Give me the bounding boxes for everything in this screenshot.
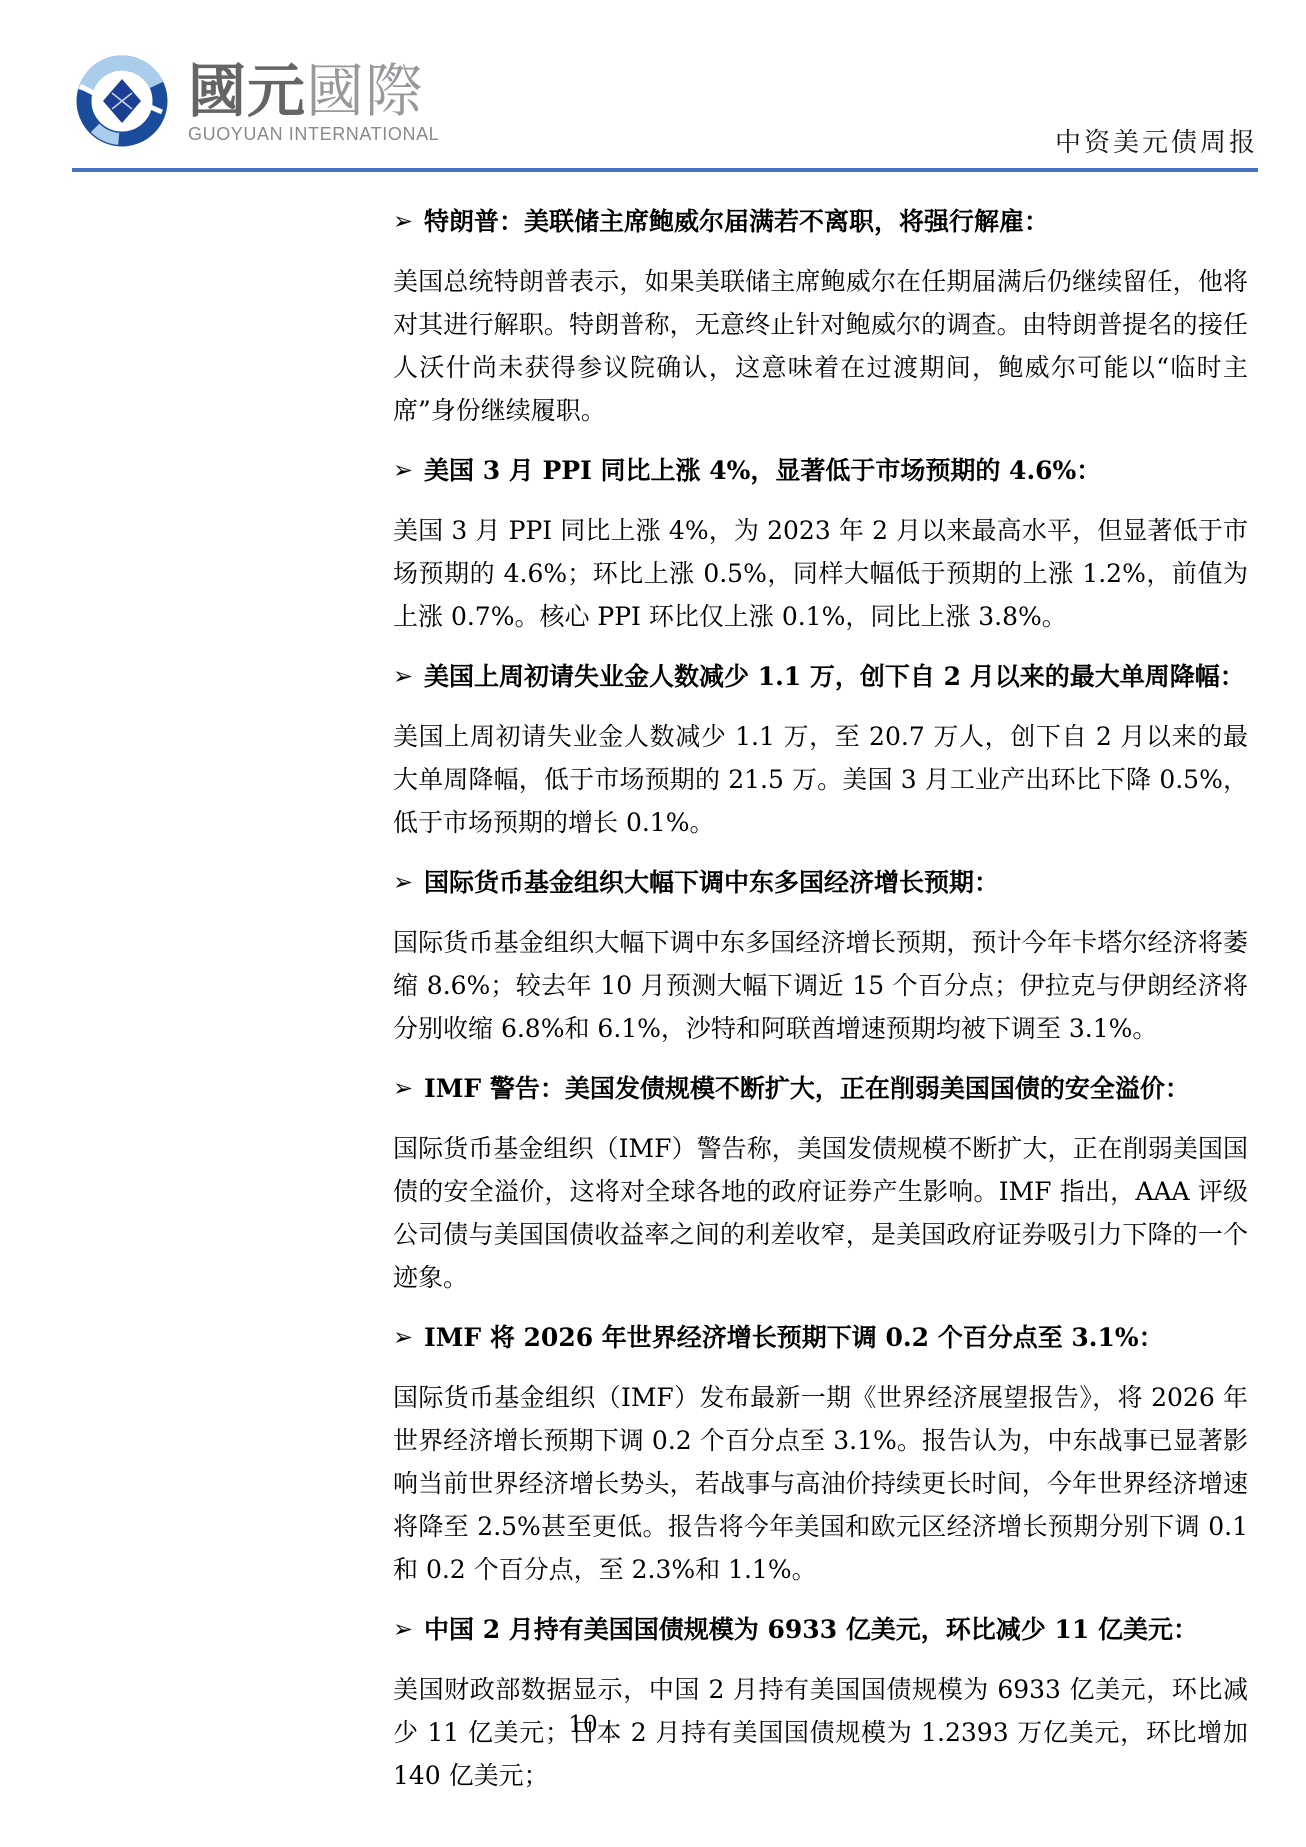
report-title: 中资美元债周报 <box>1055 127 1258 159</box>
arrow-bullet-icon: ➢ <box>393 1316 424 1359</box>
section-headline: ➢ IMF 警告：美国发债规模不断扩大，正在削弱美国国债的安全溢价： <box>393 1067 1248 1110</box>
section-headline: ➢ 国际货币基金组织大幅下调中东多国经济增长预期： <box>393 861 1248 904</box>
headline-text: 美国上周初请失业金人数减少 1.1 万，创下自 2 月以来的最大单周降幅： <box>424 655 1248 698</box>
news-section: ➢ 美国上周初请失业金人数减少 1.1 万，创下自 2 月以来的最大单周降幅： … <box>393 655 1248 844</box>
section-headline: ➢ 中国 2 月持有美国国债规模为 6933 亿美元，环比减少 11 亿美元： <box>393 1608 1248 1651</box>
header-rule <box>72 168 1258 172</box>
section-paragraph: 美国 3 月 PPI 同比上涨 4%，为 2023 年 2 月以来最高水平，但显… <box>393 509 1248 638</box>
news-section: ➢ 国际货币基金组织大幅下调中东多国经济增长预期： 国际货币基金组织大幅下调中东… <box>393 861 1248 1050</box>
page-number: 10 <box>553 1710 613 1740</box>
guoyuan-logo: 國元國際 GUOYUAN INTERNATIONAL <box>72 48 439 148</box>
logo-zh-secondary: 國際 <box>306 57 424 125</box>
guoyuan-emblem-icon <box>72 48 172 148</box>
arrow-bullet-icon: ➢ <box>393 200 424 243</box>
logo-en-name: GUOYUAN INTERNATIONAL <box>188 124 439 144</box>
arrow-bullet-icon: ➢ <box>393 861 424 904</box>
arrow-bullet-icon: ➢ <box>393 1608 424 1651</box>
news-content: ➢ 特朗普：美联储主席鲍威尔届满若不离职，将强行解雇： 美国总统特朗普表示，如果… <box>393 200 1248 1797</box>
section-headline: ➢ 特朗普：美联储主席鲍威尔届满若不离职，将强行解雇： <box>393 200 1248 243</box>
section-headline: ➢ 美国上周初请失业金人数减少 1.1 万，创下自 2 月以来的最大单周降幅： <box>393 655 1248 698</box>
news-section: ➢ 特朗普：美联储主席鲍威尔届满若不离职，将强行解雇： 美国总统特朗普表示，如果… <box>393 200 1248 432</box>
section-headline: ➢ IMF 将 2026 年世界经济增长预期下调 0.2 个百分点至 3.1%： <box>393 1316 1248 1359</box>
section-paragraph: 国际货币基金组织大幅下调中东多国经济增长预期，预计今年卡塔尔经济将萎缩 8.6%… <box>393 921 1248 1050</box>
headline-text: 国际货币基金组织大幅下调中东多国经济增长预期： <box>424 861 1248 904</box>
headline-text: 美国 3 月 PPI 同比上涨 4%，显著低于市场预期的 4.6%： <box>424 449 1248 492</box>
headline-text: IMF 警告：美国发债规模不断扩大，正在削弱美国国债的安全溢价： <box>424 1067 1248 1110</box>
section-paragraph: 美国上周初请失业金人数减少 1.1 万，至 20.7 万人，创下自 2 月以来的… <box>393 715 1248 844</box>
section-paragraph: 美国总统特朗普表示，如果美联储主席鲍威尔在任期届满后仍继续留任，他将对其进行解职… <box>393 260 1248 432</box>
headline-text: 特朗普：美联储主席鲍威尔届满若不离职，将强行解雇： <box>424 200 1248 243</box>
news-section: ➢ 中国 2 月持有美国国债规模为 6933 亿美元，环比减少 11 亿美元： … <box>393 1608 1248 1797</box>
section-paragraph: 国际货币基金组织（IMF）发布最新一期《世界经济展望报告》，将 2026 年世界… <box>393 1376 1248 1591</box>
headline-text: 中国 2 月持有美国国债规模为 6933 亿美元，环比减少 11 亿美元： <box>424 1608 1248 1651</box>
news-section: ➢ IMF 警告：美国发债规模不断扩大，正在削弱美国国债的安全溢价： 国际货币基… <box>393 1067 1248 1299</box>
arrow-bullet-icon: ➢ <box>393 655 424 698</box>
news-section: ➢ IMF 将 2026 年世界经济增长预期下调 0.2 个百分点至 3.1%：… <box>393 1316 1248 1591</box>
report-page: 國元國際 GUOYUAN INTERNATIONAL 中资美元债周报 ➢ 特朗普… <box>0 0 1306 1847</box>
logo-zh-primary: 國元 <box>188 57 306 125</box>
section-headline: ➢ 美国 3 月 PPI 同比上涨 4%，显著低于市场预期的 4.6%： <box>393 449 1248 492</box>
section-paragraph: 国际货币基金组织（IMF）警告称，美国发债规模不断扩大，正在削弱美国国债的安全溢… <box>393 1127 1248 1299</box>
logo-zh-name: 國元國際 <box>188 60 439 122</box>
news-section: ➢ 美国 3 月 PPI 同比上涨 4%，显著低于市场预期的 4.6%： 美国 … <box>393 449 1248 638</box>
logo-text: 國元國際 GUOYUAN INTERNATIONAL <box>188 48 439 144</box>
headline-text: IMF 将 2026 年世界经济增长预期下调 0.2 个百分点至 3.1%： <box>424 1316 1248 1359</box>
arrow-bullet-icon: ➢ <box>393 449 424 492</box>
section-paragraph: 美国财政部数据显示，中国 2 月持有美国国债规模为 6933 亿美元，环比减少 … <box>393 1668 1248 1797</box>
arrow-bullet-icon: ➢ <box>393 1067 424 1110</box>
